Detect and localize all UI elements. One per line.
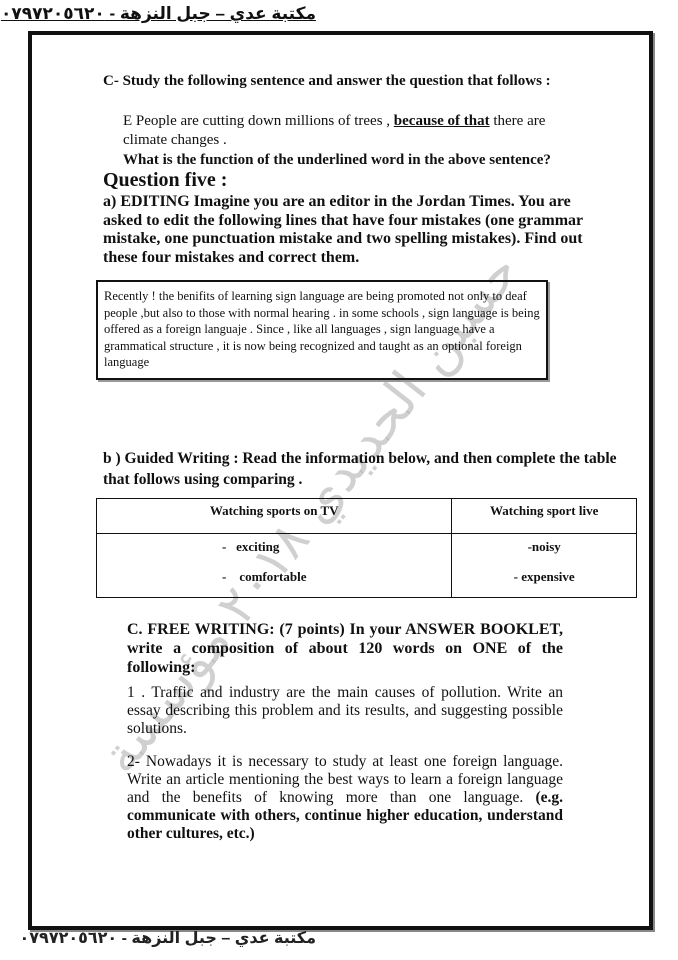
free-writing-option-1: 1 . Traffic and industry are the main ca… (127, 684, 563, 738)
question-five-title: Question five : (103, 169, 227, 192)
guided-writing-instructions: b ) Guided Writing : Read the informatio… (103, 448, 643, 490)
tv-item: - exciting (97, 537, 451, 567)
example-sentence: E People are cutting down millions of tr… (123, 112, 563, 150)
live-item: - expensive (452, 567, 636, 597)
live-item: -noisy (452, 537, 636, 567)
free-writing-instructions: C. FREE WRITING: (7 points) In your ANSW… (127, 620, 563, 677)
table-cell-live: -noisy - expensive (452, 534, 637, 598)
table-header-live: Watching sport live (452, 499, 637, 534)
option-2-text: 2- Nowadays it is necessary to study at … (127, 753, 563, 806)
table-cell-tv: - exciting - comfortable (97, 534, 452, 598)
section-c-heading: C- Study the following sentence and answ… (103, 73, 551, 90)
page-header-contact: مكتبة عدي – جبل النزهة - ٠٧٩٧٢٠٥٦٢٠ (36, 4, 316, 24)
sentence-before: E People are cutting down millions of tr… (123, 113, 394, 129)
section-c-question: What is the function of the underlined w… (123, 152, 551, 169)
sentence-underlined: because of that (394, 113, 490, 129)
editing-instructions: a) EDITING Imagine you are an editor in … (103, 193, 583, 267)
free-writing-option-2: 2- Nowadays it is necessary to study at … (127, 753, 563, 843)
table-row: - exciting - comfortable -noisy - expens… (97, 534, 637, 598)
table-header-tv: Watching sports on TV (97, 499, 452, 534)
editing-text-box: Recently ! the benifits of learning sign… (96, 280, 548, 380)
tv-item: - comfortable (97, 567, 451, 597)
page-footer-contact: مكتبة عدي – جبل النزهة - ٠٧٩٧٢٠٥٦٢٠ (36, 928, 316, 946)
comparison-table: Watching sports on TV Watching sport liv… (96, 498, 637, 598)
